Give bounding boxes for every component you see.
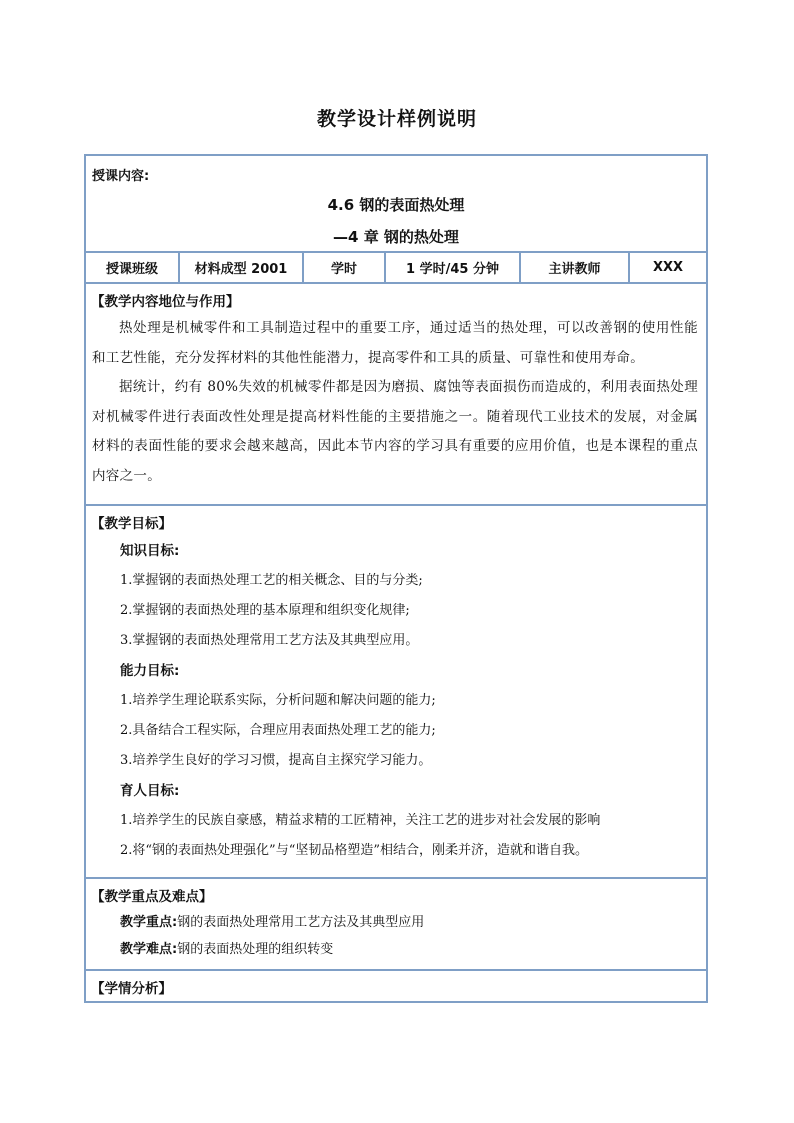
lesson-title: 4.6 钢的表面热处理 — [86, 194, 706, 215]
list-item: 2.具备结合工程实际，合理应用表面热处理工艺的能力; — [86, 716, 706, 746]
teaching-difficulty: 教学难点:钢的表面热处理的组织转变 — [86, 936, 706, 963]
focus-value: 钢的表面热处理常用工艺方法及其典型应用 — [177, 915, 424, 930]
section-analysis: 【学情分析】 — [86, 971, 706, 1001]
ability-objectives-label: 能力目标: — [86, 656, 706, 686]
class-value-cell: 材料成型 2001 — [180, 253, 304, 282]
difficulty-label: 教学难点: — [120, 942, 177, 957]
difficulty-value: 钢的表面热处理的组织转变 — [177, 942, 333, 957]
teaching-focus: 教学重点:钢的表面热处理常用工艺方法及其典型应用 — [86, 909, 706, 936]
lesson-plan-table: 授课内容: 4.6 钢的表面热处理 —4 章 钢的热处理 授课班级 材料成型 2… — [84, 154, 708, 1003]
section-position: 【教学内容地位与作用】 热处理是机械零件和工具制造过程中的重要工序，通过适当的热… — [86, 284, 706, 506]
teacher-value-cell: XXX — [630, 253, 706, 282]
section-key-points: 【教学重点及难点】 教学重点:钢的表面热处理常用工艺方法及其典型应用 教学难点:… — [86, 879, 706, 971]
chapter-title: —4 章 钢的热处理 — [86, 226, 706, 247]
section-objectives: 【教学目标】 知识目标: 1.掌握钢的表面热处理工艺的相关概念、目的与分类; 2… — [86, 506, 706, 879]
list-item: 1.培养学生理论联系实际，分析问题和解决问题的能力; — [86, 686, 706, 716]
list-item: 3.掌握钢的表面热处理常用工艺方法及其典型应用。 — [86, 626, 706, 656]
section-title: 【教学内容地位与作用】 — [86, 284, 706, 314]
paragraph: 热处理是机械零件和工具制造过程中的重要工序，通过适当的热处理，可以改善钢的使用性… — [86, 314, 706, 373]
teacher-label-cell: 主讲教师 — [521, 253, 630, 282]
hours-label-cell: 学时 — [304, 253, 386, 282]
info-row: 授课班级 材料成型 2001 学时 1 学时/45 分钟 主讲教师 XXX — [86, 253, 706, 284]
document-title: 教学设计样例说明 — [0, 104, 794, 131]
paragraph: 据统计，约有 80%失效的机械零件都是因为磨损、腐蚀等表面损伤而造成的，利用表面… — [86, 373, 706, 491]
section-title: 【教学重点及难点】 — [86, 879, 706, 909]
lesson-content-label: 授课内容: — [92, 165, 149, 184]
knowledge-objectives-label: 知识目标: — [86, 536, 706, 566]
section-title: 【教学目标】 — [86, 506, 706, 536]
education-objectives-label: 育人目标: — [86, 776, 706, 806]
hours-value-cell: 1 学时/45 分钟 — [386, 253, 521, 282]
section-title: 【学情分析】 — [86, 971, 706, 1001]
list-item: 1.掌握钢的表面热处理工艺的相关概念、目的与分类; — [86, 566, 706, 596]
class-label-cell: 授课班级 — [86, 253, 180, 282]
list-item: 3.培养学生良好的学习习惯，提高自主探究学习能力。 — [86, 746, 706, 776]
lesson-header-row: 授课内容: 4.6 钢的表面热处理 —4 章 钢的热处理 — [86, 156, 706, 253]
list-item: 2.掌握钢的表面热处理的基本原理和组织变化规律; — [86, 596, 706, 626]
list-item: 1.培养学生的民族自豪感，精益求精的工匠精神，关注工艺的进步对社会发展的影响 — [86, 806, 706, 836]
list-item: 2.将“钢的表面热处理强化”与“坚韧品格塑造”相结合，刚柔并济，造就和谐自我。 — [86, 836, 706, 866]
focus-label: 教学重点: — [120, 915, 177, 930]
